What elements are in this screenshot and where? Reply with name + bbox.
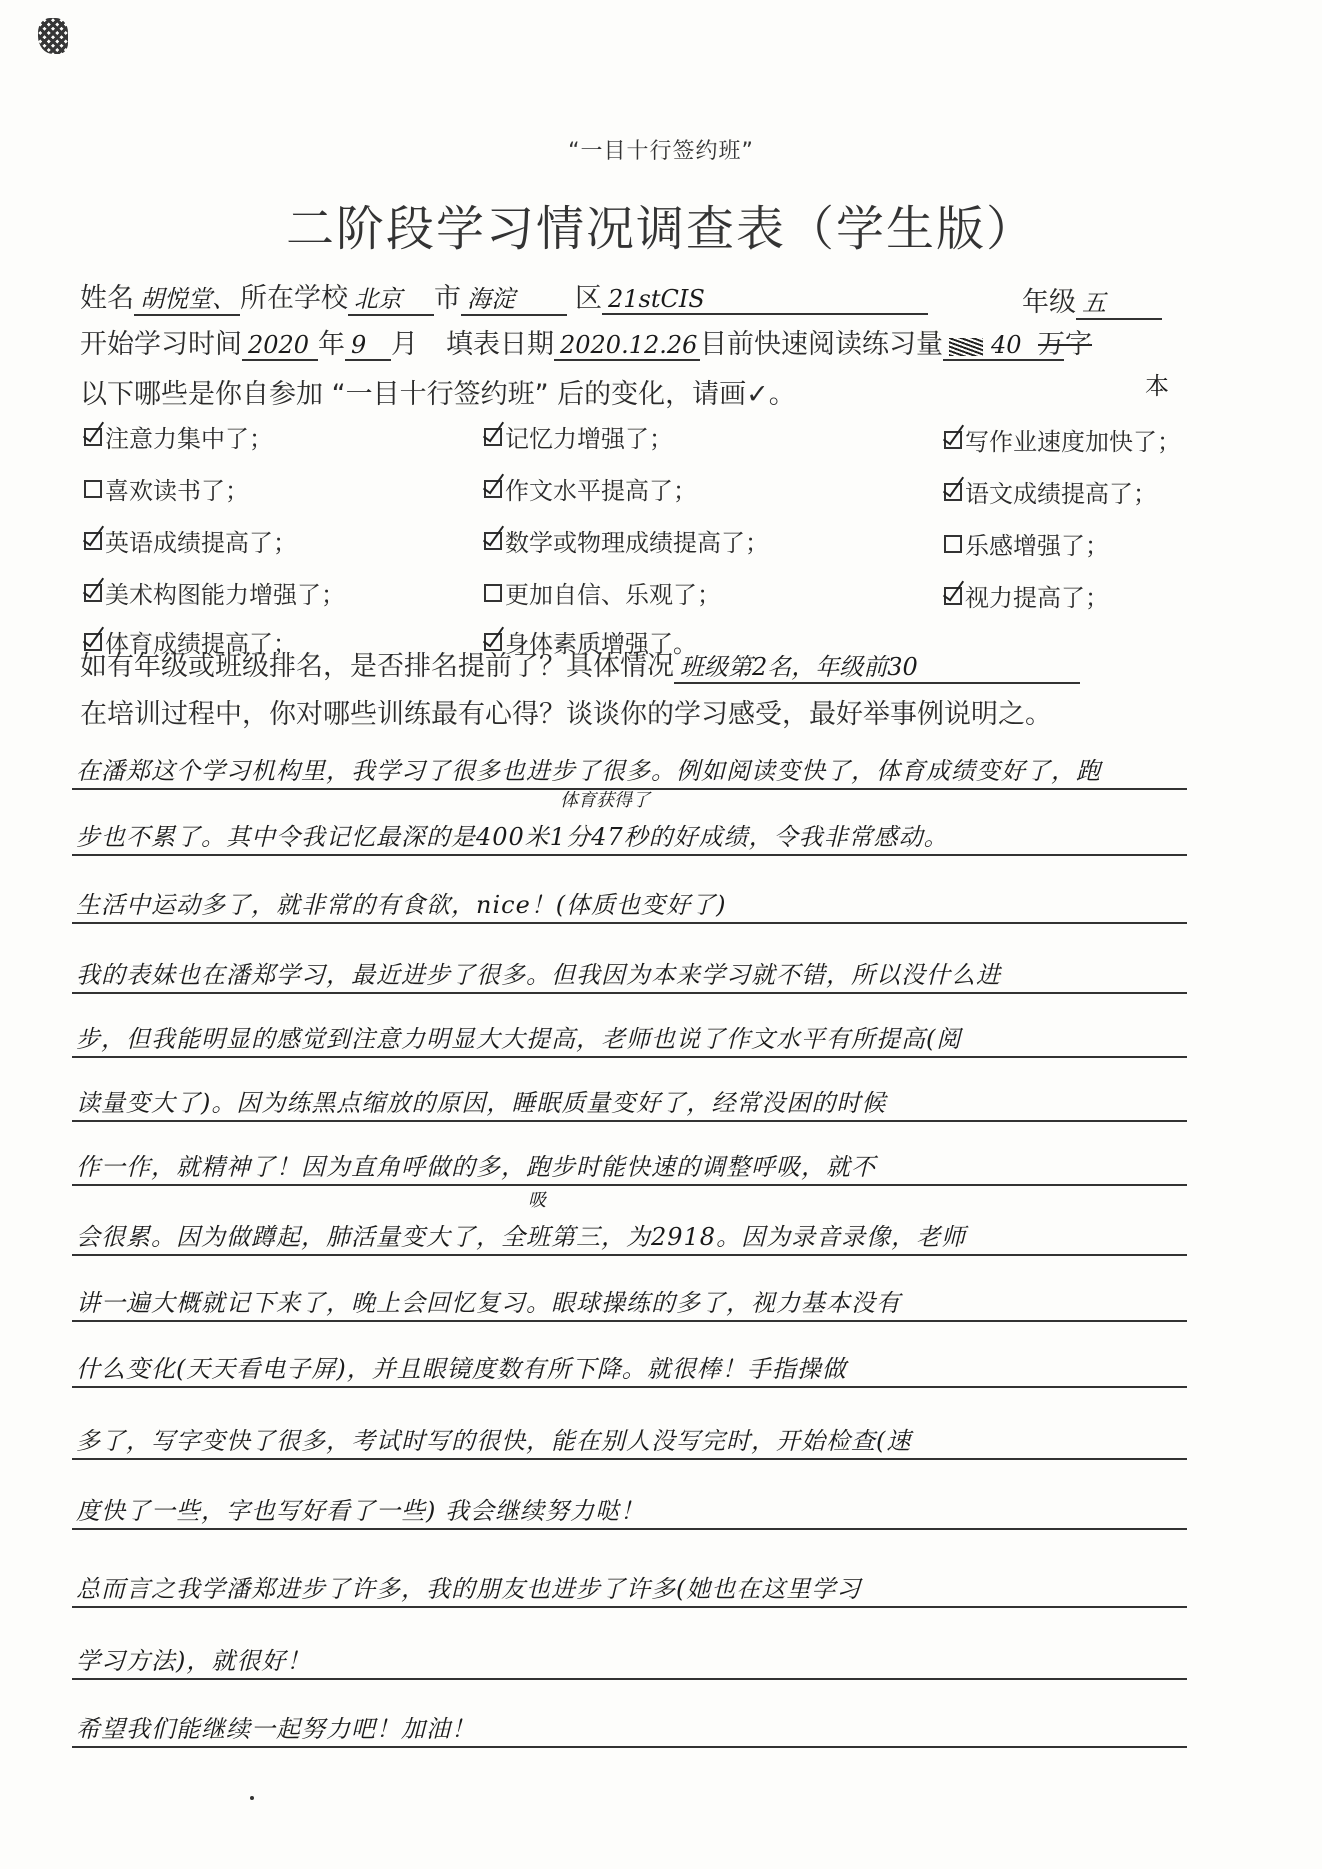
city-label: 市 (434, 283, 461, 314)
student-info-row-1: 姓名胡悦堂、所在学校北京市海淀区21stCIS (80, 276, 928, 316)
checkbox-empty-icon[interactable] (84, 480, 102, 498)
checkbox-checked-icon[interactable] (84, 584, 102, 602)
essay-line[interactable]: 生活中运动多了，就非常的有食欲，nice！(体质也变好了) (72, 876, 1187, 924)
form-subtitle: “一目十行签约班” (0, 134, 1322, 165)
check-item-eyesight[interactable]: 视力提高了； (944, 578, 1224, 613)
month-label: 月 (391, 329, 418, 360)
school-field[interactable]: 21stCIS (602, 285, 928, 315)
reading-amount-unit-correction: 本 (1145, 366, 1169, 401)
changes-prompt: 以下哪些是你自参加 “一目十行签约班” 后的变化，请画✓。 (80, 372, 796, 411)
name-field[interactable]: 胡悦堂、 (134, 279, 240, 316)
checkbox-checked-icon[interactable] (944, 483, 962, 501)
district-label: 区 (575, 283, 602, 314)
checkbox-empty-icon[interactable] (944, 535, 962, 553)
ranking-answer-field[interactable]: 班级第2名，年级前30 (674, 647, 1080, 684)
check-item-music-sense[interactable]: 乐感增强了； (944, 526, 1224, 561)
start-date-label: 开始学习时间 (80, 329, 242, 360)
year-label: 年 (318, 329, 345, 360)
check-item-composition[interactable]: 作文水平提高了； (484, 468, 944, 509)
reading-amount-field[interactable]: 40 (943, 331, 1064, 361)
essay-line[interactable]: 步也不累了。其中令我记忆最深的是400米1分47秒的好成绩，令我非常感动。 (72, 808, 1187, 856)
check-item-memory[interactable]: 记忆力增强了； (484, 416, 944, 457)
checkbox-checked-icon[interactable] (484, 480, 502, 498)
ranking-row: 如有年级或班级排名，是否排名提前了？具体情况班级第2名，年级前30 (80, 644, 1080, 684)
scan-speck (250, 1796, 254, 1800)
essay-line[interactable]: 会很累。因为做蹲起，肺活量变大了，全班第三，为2918。因为录音录像，老师 (72, 1208, 1187, 1256)
checkbox-checked-icon[interactable] (944, 587, 962, 605)
start-month-field[interactable]: 9 (345, 331, 391, 361)
check-item-love-reading[interactable]: 喜欢读书了； (84, 468, 484, 509)
check-item-english-score[interactable]: 英语成绩提高了； (84, 520, 484, 561)
check-item-art-composition[interactable]: 美术构图能力增强了； (84, 572, 484, 613)
checkbox-checked-icon[interactable] (484, 532, 502, 550)
school-label: 所在学校 (240, 283, 348, 314)
checkbox-empty-icon[interactable] (484, 584, 502, 602)
essay-line[interactable]: 学习方法)，就很好！ (72, 1632, 1187, 1680)
city-field[interactable]: 北京 (348, 279, 434, 316)
check-item-math-physics-score[interactable]: 数学或物理成绩提高了； (484, 520, 944, 561)
checkbox-checked-icon[interactable] (944, 431, 962, 449)
grade-field[interactable]: 五 (1076, 283, 1162, 320)
essay-line[interactable]: 步，但我能明显的感觉到注意力明显大大提高，老师也说了作文水平有所提高(阅 (72, 1010, 1187, 1058)
form-title: 二阶段学习情况调查表（学生版） (0, 190, 1322, 259)
crossed-out-scribble (949, 338, 983, 356)
grade-label: 年级 (1022, 287, 1076, 318)
check-item-chinese-score[interactable]: 语文成绩提高了； (944, 474, 1224, 509)
checkbox-checked-icon[interactable] (84, 532, 102, 550)
essay-line[interactable]: 总而言之我学潘郑进步了许多，我的朋友也进步了许多(她也在这里学习 (72, 1560, 1187, 1608)
essay-line[interactable]: 什么变化(天天看电子屏)，并且眼镜度数有所下降。就很棒！手指操做 (72, 1340, 1187, 1388)
essay-line[interactable]: 在潘郑这个学习机构里，我学习了很多也进步了很多。例如阅读变快了，体育成绩变好了，… (72, 742, 1187, 790)
district-field[interactable]: 海淀 (461, 279, 567, 316)
inserted-correction-note: 体育获得了 (560, 786, 650, 812)
reading-amount-label: 目前快速阅读练习量 (700, 329, 943, 360)
essay-line[interactable]: 作一作，就精神了！因为直角呼做的多，跑步时能快速的调整呼吸，就不 (72, 1138, 1187, 1186)
essay-line[interactable]: 多了，写字变快了很多，考试时写的很快，能在别人没写完时，开始检查(速 (72, 1412, 1187, 1460)
check-item-attention[interactable]: 注意力集中了； (84, 416, 484, 457)
grade-group: 年级五 (1022, 280, 1162, 320)
ranking-question: 如有年级或班级排名，是否排名提前了？具体情况 (80, 651, 674, 682)
checkbox-checked-icon[interactable] (84, 428, 102, 446)
checkbox-checked-icon[interactable] (484, 428, 502, 446)
essay-line[interactable]: 讲一遍大概就记下来了，晚上会回忆复习。眼球操练的多了，视力基本没有 (72, 1274, 1187, 1322)
student-info-row-2: 开始学习时间2020年9月填表日期2020.12.26目前快速阅读练习量40万字 (80, 322, 1092, 361)
experience-question: 在培训过程中，你对哪些训练最有心得？谈谈你的学习感受，最好举事例说明之。 (80, 692, 1052, 731)
fill-date-label: 填表日期 (446, 329, 554, 360)
corner-scribble-mark (38, 18, 68, 54)
name-label: 姓名 (80, 283, 134, 314)
check-item-confidence[interactable]: 更加自信、乐观了； (484, 572, 944, 613)
start-year-field[interactable]: 2020 (242, 331, 318, 361)
essay-line[interactable]: 我的表妹也在潘郑学习，最近进步了很多。但我因为本来学习就不错，所以没什么进 (72, 946, 1187, 994)
essay-line[interactable]: 读量变大了)。因为练黑点缩放的原因，睡眠质量变好了，经常没困的时候 (72, 1074, 1187, 1122)
fill-date-field[interactable]: 2020.12.26 (554, 331, 700, 361)
changes-checklist: 注意力集中了； 记忆力增强了； 写作业速度加快了； 喜欢读书了； 作文水平提高了… (84, 416, 1224, 659)
reading-amount-value: 40 (991, 331, 1022, 359)
essay-line[interactable]: 希望我们能继续一起努力吧！加油！ (72, 1700, 1187, 1748)
check-item-homework-speed[interactable]: 写作业速度加快了； (944, 422, 1224, 457)
essay-line[interactable]: 度快了一些，字也写好看了一些) 我会继续努力哒！ (72, 1482, 1187, 1530)
